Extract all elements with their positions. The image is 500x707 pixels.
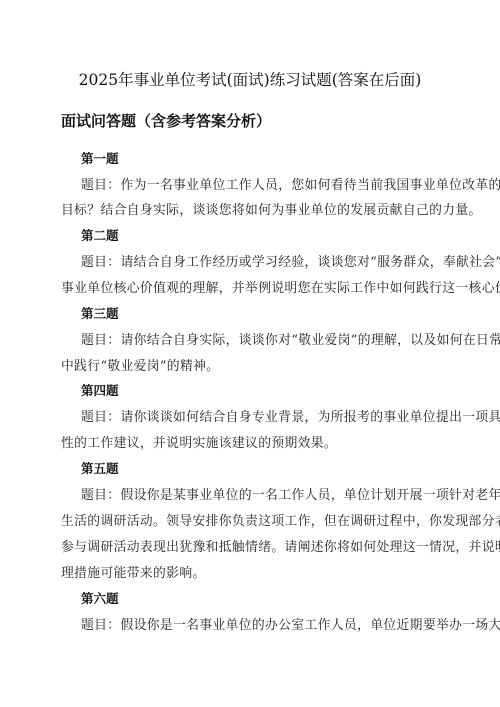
question-1-line-1: 题目：作为一名事业单位工作人员，您如何看待当前我国事业单位改革的方向和 <box>81 174 500 193</box>
question-2-heading: 第二题 <box>81 226 119 244</box>
section-heading: 面试问答题（含参考答案分析） <box>61 110 271 131</box>
question-5-line-3: 参与调研活动表现出犹豫和抵触情绪。请阐述你将如何处理这一情况，并说明你的处 <box>61 536 500 555</box>
question-6-line-1: 题目：假设你是一名事业单位的办公室工作人员，单位近期要举办一场大型活 <box>81 614 500 633</box>
question-1-heading: 第一题 <box>81 149 119 167</box>
question-1-line-2: 目标？结合自身实际，谈谈您将如何为事业单位的发展贡献自己的力量。 <box>61 199 482 218</box>
question-5-heading: 第五题 <box>81 459 119 477</box>
question-3-line-1: 题目：请你结合自身实际，谈谈你对“敬业爱岗”的理解，以及如何在日常工作 <box>81 329 500 348</box>
question-6-heading: 第六题 <box>81 589 119 607</box>
document-title: 2025年事业单位考试(面试)练习试题(答案在后面) <box>0 68 500 90</box>
question-3-line-2: 中践行“敬业爱岗”的精神。 <box>61 355 219 374</box>
question-4-heading: 第四题 <box>81 381 119 399</box>
question-2-line-2: 事业单位核心价值观的理解，并举例说明您在实际工作中如何践行这一核心价值观。 <box>61 277 500 296</box>
question-2-line-1: 题目：请结合自身工作经历或学习经验，谈谈您对“服务群众，奉献社会”这一 <box>81 251 500 270</box>
document-page: 2025年事业单位考试(面试)练习试题(答案在后面) 面试问答题（含参考答案分析… <box>0 0 500 707</box>
question-4-line-2: 性的工作建议，并说明实施该建议的预期效果。 <box>61 432 337 451</box>
question-3-heading: 第三题 <box>81 304 119 322</box>
question-5-line-2: 生活的调研活动。领导安排你负责这项工作，但在调研过程中，你发现部分老年人对 <box>61 510 500 529</box>
question-5-line-4: 理措施可能带来的影响。 <box>61 562 206 581</box>
question-5-line-1: 题目：假设你是某事业单位的一名工作人员，单位计划开展一项针对老年人健康 <box>81 484 500 503</box>
question-4-line-1: 题目：请你谈谈如何结合自身专业背景，为所报考的事业单位提出一项具有创新 <box>81 406 500 425</box>
